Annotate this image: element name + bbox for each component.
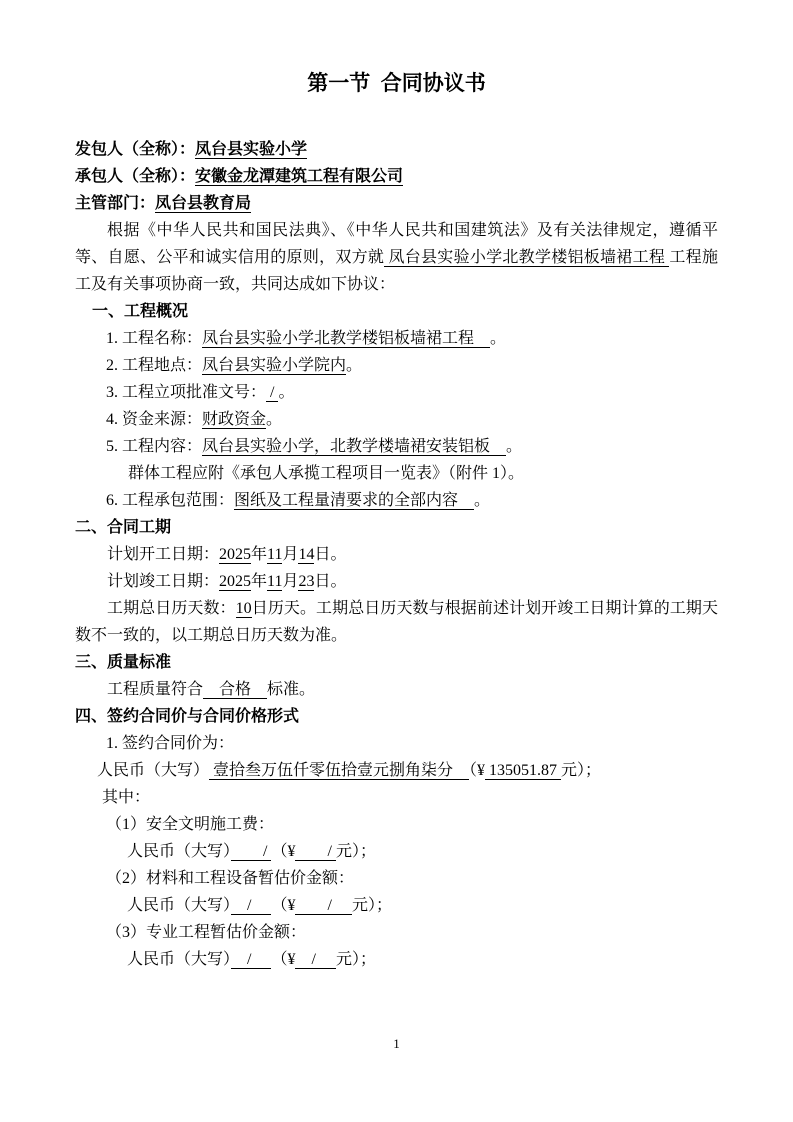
employer-label: 发包人（全称）： <box>75 141 195 158</box>
start-label: 计划开工日期： <box>107 546 219 563</box>
item2-label: 2. 工程地点： <box>106 357 202 374</box>
overview-item-1: 1. 工程名称：凤台县实验小学北教学楼铝板墙裙工程 。 <box>75 325 718 352</box>
start-month-unit: 月 <box>282 546 298 563</box>
start-month: 11 <box>267 546 282 564</box>
start-year-unit: 年 <box>251 546 267 563</box>
sub3-paren-close: 元）； <box>336 951 376 968</box>
quality-line: 工程质量符合 合格 标准。 <box>75 676 718 703</box>
item4-label: 4. 资金来源： <box>106 411 202 428</box>
sub1-words-blank: / <box>231 843 271 861</box>
item6-suffix: 。 <box>474 492 490 509</box>
party-row-contractor: 承包人（全称）：安徽金龙潭建筑工程有限公司 <box>75 163 718 190</box>
quality-tail: 标准。 <box>267 681 315 698</box>
total-amount-words: 壹拾叁万伍仟零伍拾壹元捌角柒分 <box>209 762 469 780</box>
sub3-rmb-lead: 人民币（大写） <box>127 951 231 968</box>
quality-lead: 工程质量符合 <box>107 681 203 698</box>
item6-value: 图纸及工程量清要求的全部内容 <box>234 492 474 510</box>
quality-value: 合格 <box>203 681 267 699</box>
price-subitem-2-label: （2）材料和工程设备暂估价金额： <box>75 865 718 892</box>
authority-value: 凤台县教育局 <box>155 195 251 213</box>
planned-start-line: 计划开工日期：2025年11月14日。 <box>75 541 718 568</box>
sub2-words-blank: / <box>231 897 271 915</box>
duration-days: 10 <box>236 600 252 618</box>
total-amount-figures: 135051.87 <box>485 762 561 780</box>
contractor-value: 安徽金龙潭建筑工程有限公司 <box>195 168 403 186</box>
party-row-employer: 发包人（全称）：凤台县实验小学 <box>75 136 718 163</box>
party-row-authority: 主管部门：凤台县教育局 <box>75 190 718 217</box>
item2-value: 凤台县实验小学院内 <box>202 357 346 375</box>
planned-finish-line: 计划竣工日期：2025年11月23日。 <box>75 568 718 595</box>
price-subitem-3-label: （3）专业工程暂估价金额： <box>75 919 718 946</box>
section-heading-quality: 三、质量标准 <box>75 649 718 676</box>
item2-suffix: 。 <box>346 357 362 374</box>
overview-item-5: 5. 工程内容：凤台县实验小学，北教学楼墙裙安装铝板 。 <box>75 433 718 460</box>
finish-label: 计划竣工日期： <box>107 573 219 590</box>
doc-title: 第一节 合同协议书 <box>75 70 718 96</box>
item5-value: 凤台县实验小学，北教学楼墙裙安装铝板 <box>202 438 506 456</box>
item6-label: 6. 工程承包范围： <box>106 492 234 509</box>
total-paren-open: （¥ <box>469 762 485 779</box>
finish-day-unit: 日。 <box>314 573 346 590</box>
sub1-rmb-lead: 人民币（大写） <box>127 843 231 860</box>
price-subitem-1-rmb-line: 人民币（大写） / （¥ / 元）； <box>75 838 718 865</box>
group-works-note: 群体工程应附《承包人承揽工程项目一览表》（附件 1）。 <box>75 460 718 487</box>
sub2-rmb-lead: 人民币（大写） <box>127 897 231 914</box>
start-day: 14 <box>298 546 314 564</box>
section-heading-duration: 二、合同工期 <box>75 514 718 541</box>
item1-suffix: 。 <box>490 330 506 347</box>
duration-label: 工期总日历天数： <box>107 600 236 617</box>
sub1-paren-close: 元）； <box>336 843 376 860</box>
contract-document-page: 第一节 合同协议书 发包人（全称）：凤台县实验小学 承包人（全称）：安徽金龙潭建… <box>0 0 793 1122</box>
overview-item-2: 2. 工程地点：凤台县实验小学院内。 <box>75 352 718 379</box>
price-subitem-1-label: （1）安全文明施工费： <box>75 811 718 838</box>
item5-label: 5. 工程内容： <box>106 438 202 455</box>
item5-suffix: 。 <box>506 438 522 455</box>
authority-label: 主管部门： <box>75 195 155 212</box>
sub3-paren-open: （¥ <box>271 951 295 968</box>
sub1-paren-open: （¥ <box>271 843 295 860</box>
start-day-unit: 日。 <box>314 546 346 563</box>
sub3-figures-blank: / <box>295 951 335 969</box>
section-heading-overview: 一、工程概况 <box>75 298 718 325</box>
total-paren-close: 元）； <box>561 762 601 779</box>
sub3-words-blank: / <box>231 951 271 969</box>
overview-item-4: 4. 资金来源：财政资金。 <box>75 406 718 433</box>
page-number: 1 <box>0 1036 793 1052</box>
item4-value: 财政资金 <box>202 411 266 429</box>
preamble-project-name: 凤台县实验小学北教学楼铝板墙裙工程 <box>384 249 669 267</box>
finish-day: 23 <box>298 573 314 591</box>
section-heading-price: 四、签约合同价与合同价格形式 <box>75 703 718 730</box>
finish-year: 2025 <box>219 573 251 591</box>
contract-price-item-label: 1. 签约合同价为： <box>75 730 718 757</box>
start-year: 2025 <box>219 546 251 564</box>
total-rmb-lead: 人民币（大写） <box>97 762 209 779</box>
finish-month-unit: 月 <box>282 573 298 590</box>
item1-label: 1. 工程名称： <box>106 330 202 347</box>
item1-value: 凤台县实验小学北教学楼铝板墙裙工程 <box>202 330 490 348</box>
sub2-figures-blank: / <box>295 897 351 915</box>
duration-paragraph: 工期总日历天数：10日历天。工期总日历天数与根据前述计划开竣工日期计算的工期天数… <box>75 595 718 649</box>
price-subitem-2-rmb-line: 人民币（大写） / （¥ / 元）； <box>75 892 718 919</box>
sub2-paren-open: （¥ <box>271 897 295 914</box>
contract-price-rmb-line: 人民币（大写） 壹拾叁万伍仟零伍拾壹元捌角柒分 （¥ 135051.87 元）； <box>75 757 718 784</box>
finish-month: 11 <box>267 573 282 591</box>
employer-value: 凤台县实验小学 <box>195 141 307 159</box>
sub2-paren-close: 元）； <box>352 897 392 914</box>
finish-year-unit: 年 <box>251 573 267 590</box>
item3-value: / <box>266 384 278 402</box>
contractor-label: 承包人（全称）： <box>75 168 195 185</box>
price-subitem-3-rmb-line: 人民币（大写） / （¥ / 元）； <box>75 946 718 973</box>
among-label: 其中： <box>75 784 718 811</box>
item4-suffix: 。 <box>266 411 282 428</box>
item3-suffix: 。 <box>278 384 294 401</box>
overview-item-3: 3. 工程立项批准文号： / 。 <box>75 379 718 406</box>
sub1-figures-blank: / <box>295 843 335 861</box>
preamble-paragraph: 根据《中华人民共和国民法典》、《中华人民共和国建筑法》及有关法律规定，遵循平等、… <box>75 217 718 298</box>
item3-label: 3. 工程立项批准文号： <box>106 384 266 401</box>
overview-item-6: 6. 工程承包范围：图纸及工程量清要求的全部内容 。 <box>75 487 718 514</box>
